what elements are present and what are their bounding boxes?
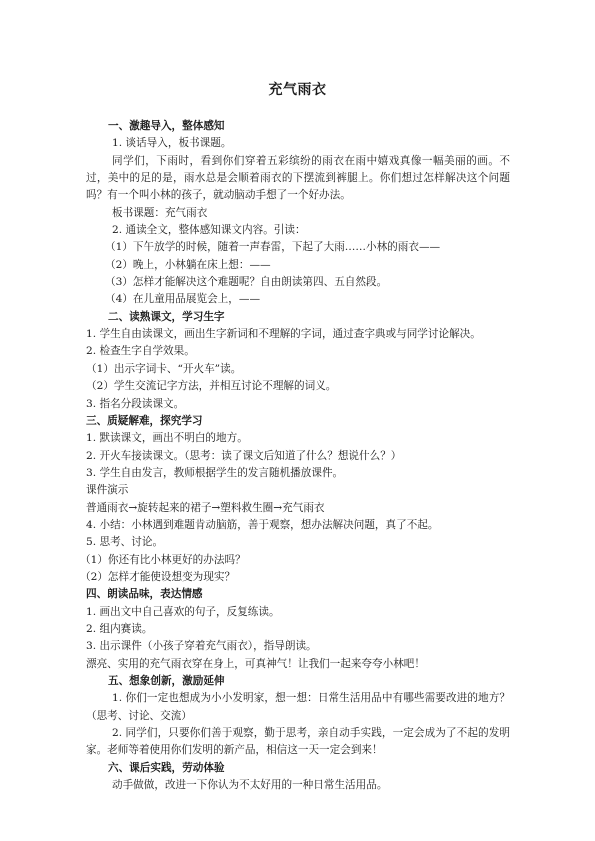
section-3-line-2: 2. 开火车接读课文。（思考：读了课文后知道了什么？想说什么？） — [86, 448, 510, 465]
section-1-line-6: （2）晚上，小林躺在床上想：—— — [86, 257, 510, 274]
section-heading-6: 六、课后实践，劳动体验 — [86, 760, 510, 777]
section-1-line-4: 2. 通读全文，整体感知课文内容。引读： — [86, 222, 510, 239]
section-1-paragraph: 同学们，下雨时，看到你们穿着五彩缤纷的雨衣在雨中嬉戏真像一幅美丽的画。不过，美中… — [86, 153, 510, 205]
document-body: 一、激趣导入，整体感知 1. 谈话导入，板书课题。 同学们，下雨时，看到你们穿着… — [86, 118, 510, 794]
section-3-line-7: 5. 思考、讨论。 — [86, 534, 510, 551]
section-5-paragraph-2: 2. 同学们，只要你们善于观察，勤于思考，亲自动手实践，一定会成为了不起的发明家… — [86, 725, 510, 760]
section-heading-3: 三、质疑解难，探究学习 — [86, 413, 510, 430]
section-3-line-5: 普通雨衣→旋转起来的裙子→塑料救生圈→充气雨衣 — [86, 500, 510, 517]
section-1-line-7: （3）怎样才能解决这个难题呢？自由朗读第四、五自然段。 — [86, 274, 510, 291]
section-3-line-8: （1）你还有比小林更好的办法吗？ — [80, 552, 510, 569]
section-heading-4: 四、朗读品味，表达情感 — [86, 586, 510, 603]
section-2-line-1: 1. 学生自由读课文，画出生字新词和不理解的字词，通过查字典或与同学讨论解决。 — [86, 326, 510, 343]
section-1-line-5: （1）下午放学的时候，随着一声春雷，下起了大雨……小林的雨衣—— — [86, 239, 510, 256]
section-4-line-3: 3. 出示课件（小孩子穿着充气雨衣），指导朗读。 — [86, 638, 510, 655]
document-title: 充气雨衣 — [0, 79, 595, 99]
section-2-line-3: （1）出示字词卡、“开火车”读。 — [86, 361, 510, 378]
section-3-line-9: （2）怎样才能使设想变为现实？ — [80, 569, 510, 586]
section-2-line-5: 3. 指名分段读课文。 — [86, 396, 510, 413]
section-3-line-1: 1. 默读课文，画出不明白的地方。 — [86, 430, 510, 447]
document-page: 充气雨衣 一、激趣导入，整体感知 1. 谈话导入，板书课题。 同学们，下雨时，看… — [0, 0, 595, 841]
section-4-line-2: 2. 组内赛读。 — [86, 621, 510, 638]
section-4-line-1: 1. 画出文中自己喜欢的句子，反复练读。 — [86, 604, 510, 621]
section-heading-1: 一、激趣导入，整体感知 — [86, 118, 510, 135]
section-6-line-1: 动手做做，改进一下你认为不太好用的一种日常生活用品。 — [86, 777, 510, 794]
section-2-line-2: 2. 检查生字自学效果。 — [86, 343, 510, 360]
section-1-line-8: （4）在儿童用品展览会上，—— — [86, 291, 510, 308]
section-2-line-4: （2）学生交流记字方法，并相互讨论不理解的词义。 — [86, 378, 510, 395]
section-heading-5: 五、想象创新，激励延伸 — [86, 673, 510, 690]
section-3-line-6: 4. 小结：小林遇到难题肯动脑筋，善于观察，想办法解决问题，真了不起。 — [86, 517, 510, 534]
section-heading-2: 二、读熟课文，学习生字 — [86, 309, 510, 326]
section-5-paragraph-1: 1. 你们一定也想成为小小发明家，想一想：日常生活用品中有哪些需要改进的地方？（… — [86, 690, 510, 725]
section-4-line-4: 漂亮、实用的充气雨衣穿在身上，可真神气！让我们一起来夸夸小林吧！ — [86, 656, 510, 673]
section-1-line-3: 板书课题：充气雨衣 — [86, 205, 510, 222]
section-1-line-1: 1. 谈话导入，板书课题。 — [86, 135, 510, 152]
section-3-line-4: 课件演示 — [86, 482, 510, 499]
section-3-line-3: 3. 学生自由发言，教师根据学生的发言随机播放课件。 — [86, 465, 510, 482]
